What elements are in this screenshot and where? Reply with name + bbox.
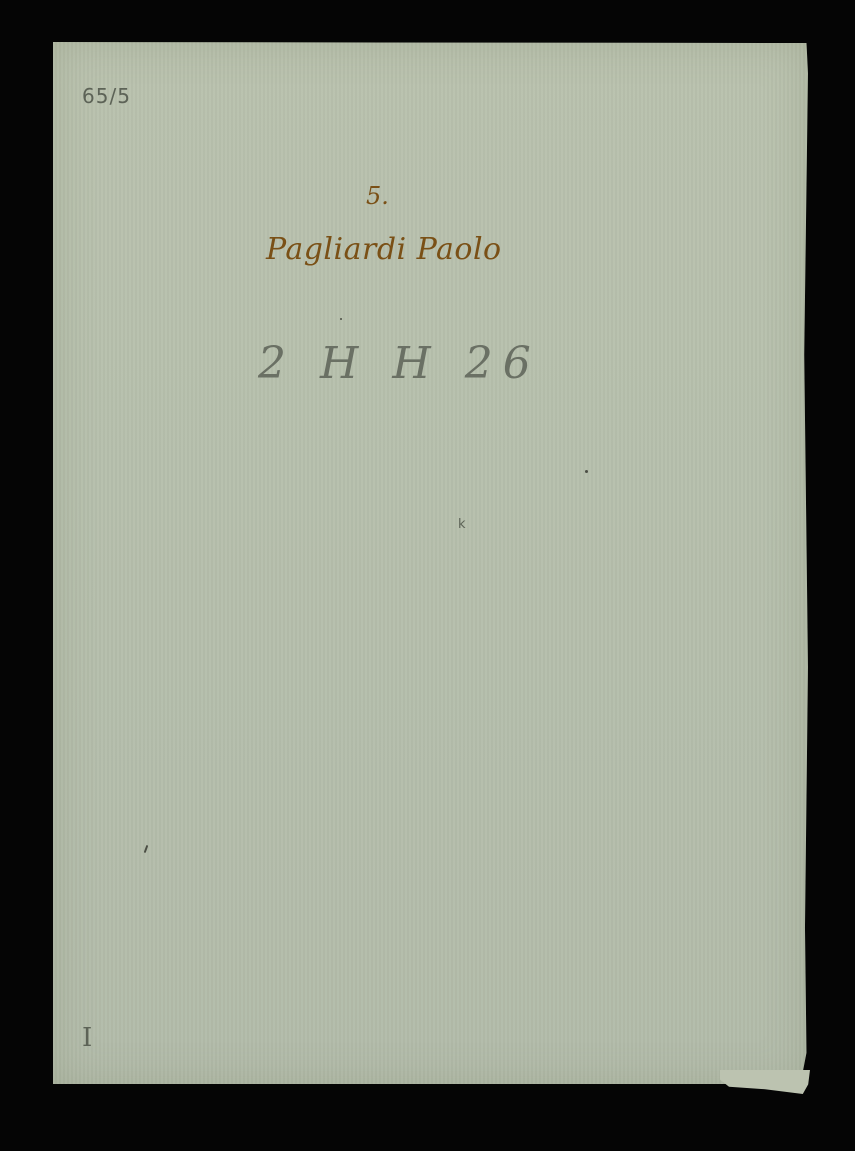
- handwritten-name: Pagliardi Paolo: [266, 232, 502, 267]
- pencil-note: 2 H H 26: [258, 338, 541, 389]
- item-number: 5.: [366, 182, 389, 210]
- paper-speck: [585, 470, 588, 473]
- torn-paper-edge: [720, 1070, 810, 1094]
- paper-speck: [340, 318, 342, 320]
- paper-sheet: [53, 42, 808, 1084]
- archive-number: 65/5: [82, 84, 131, 108]
- small-pencil-mark: k: [458, 517, 466, 532]
- volume-mark: I: [82, 1023, 92, 1053]
